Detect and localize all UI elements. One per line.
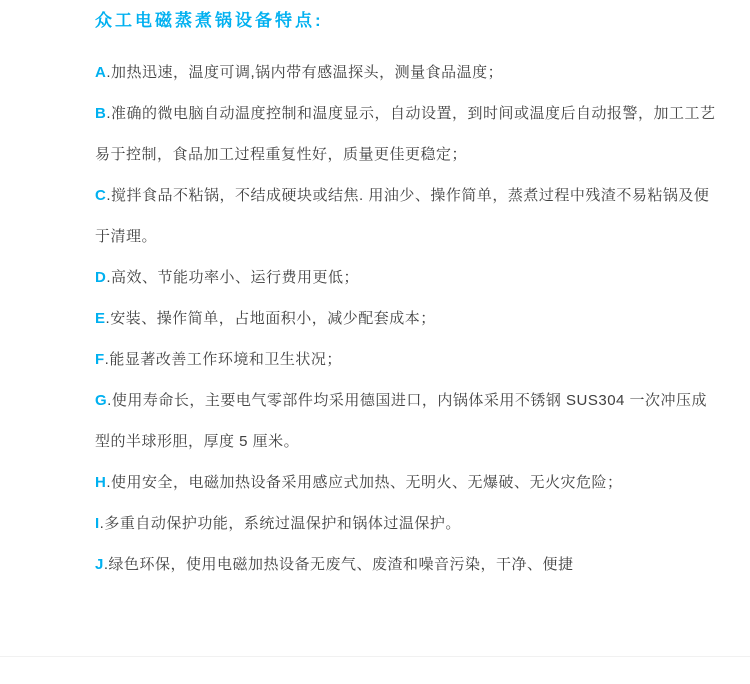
feature-item-E: E.安装、操作简单，占地面积小，减少配套成本；	[95, 298, 735, 339]
feature-item-G-line-2: 型的半球形胆，厚度 5 厘米。	[95, 421, 735, 462]
feature-item-I: I.多重自动保护功能，系统过温保护和锅体过温保护。	[95, 503, 735, 544]
feature-item-C-line-2: 于清理。	[95, 216, 735, 257]
feature-label: G	[95, 392, 107, 409]
feature-label: F	[95, 351, 105, 368]
feature-label: J	[95, 556, 104, 573]
feature-item-G-line-1: G.使用寿命长，主要电气零部件均采用德国进口，内锅体采用不锈钢 SUS304 一…	[95, 380, 735, 421]
feature-text: 安装、操作简单，占地面积小，减少配套成本；	[110, 310, 436, 327]
feature-list: A.加热迅速，温度可调,锅内带有感温探头，测量食品温度；B.准确的微电脑自动温度…	[95, 52, 735, 585]
feature-item-D: D.高效、节能功率小、运行费用更低；	[95, 257, 735, 298]
feature-text: 使用寿命长，主要电气零部件均采用德国进口，内锅体采用不锈钢 SUS304 一次冲…	[112, 392, 707, 409]
feature-item-B-line-1: B.准确的微电脑自动温度控制和温度显示，自动设置，到时间或温度后自动报警，加工工…	[95, 93, 735, 134]
feature-item-J: J.绿色环保，使用电磁加热设备无废气、废渣和噪音污染，干净、便捷	[95, 544, 735, 585]
page-title: 众工电磁蒸煮锅设备特点:	[0, 0, 750, 31]
feature-item-B-line-2: 易于控制，食品加工过程重复性好，质量更佳更稳定；	[95, 134, 735, 175]
feature-label: A	[95, 64, 106, 81]
feature-text: 易于控制，食品加工过程重复性好，质量更佳更稳定；	[95, 146, 467, 163]
feature-text: 于清理。	[95, 228, 157, 245]
document-page: 众工电磁蒸煮锅设备特点: A.加热迅速，温度可调,锅内带有感温探头，测量食品温度…	[0, 0, 750, 684]
feature-item-C-line-1: C.搅拌食品不粘锅，不结成硬块或结焦. 用油少、操作简单，蒸煮过程中残渣不易粘锅…	[95, 175, 735, 216]
feature-label: D	[95, 269, 106, 286]
feature-text: 高效、节能功率小、运行费用更低；	[111, 269, 359, 286]
feature-text: 加热迅速，温度可调,锅内带有感温探头，测量食品温度；	[111, 64, 503, 81]
feature-label: H	[95, 474, 106, 491]
feature-text: 使用安全，电磁加热设备采用感应式加热、无明火、无爆破、无火灾危险；	[111, 474, 623, 491]
feature-item-A: A.加热迅速，温度可调,锅内带有感温探头，测量食品温度；	[95, 52, 735, 93]
bottom-divider	[0, 656, 750, 657]
feature-item-F: F.能显著改善工作环境和卫生状况；	[95, 339, 735, 380]
feature-label: B	[95, 105, 106, 122]
feature-label: E	[95, 310, 106, 327]
feature-item-H: H.使用安全，电磁加热设备采用感应式加热、无明火、无爆破、无火灾危险；	[95, 462, 735, 503]
feature-text: 搅拌食品不粘锅，不结成硬块或结焦. 用油少、操作简单，蒸煮过程中残渣不易粘锅及便	[111, 187, 709, 204]
feature-text: 多重自动保护功能，系统过温保护和锅体过温保护。	[104, 515, 461, 532]
feature-text: 准确的微电脑自动温度控制和温度显示，自动设置，到时间或温度后自动报警，加工工艺	[111, 105, 716, 122]
feature-text: 能显著改善工作环境和卫生状况；	[109, 351, 342, 368]
feature-label: C	[95, 187, 106, 204]
feature-text: 型的半球形胆，厚度 5 厘米。	[95, 433, 299, 450]
feature-text: 绿色环保，使用电磁加热设备无废气、废渣和噪音污染，干净、便捷	[109, 556, 574, 573]
